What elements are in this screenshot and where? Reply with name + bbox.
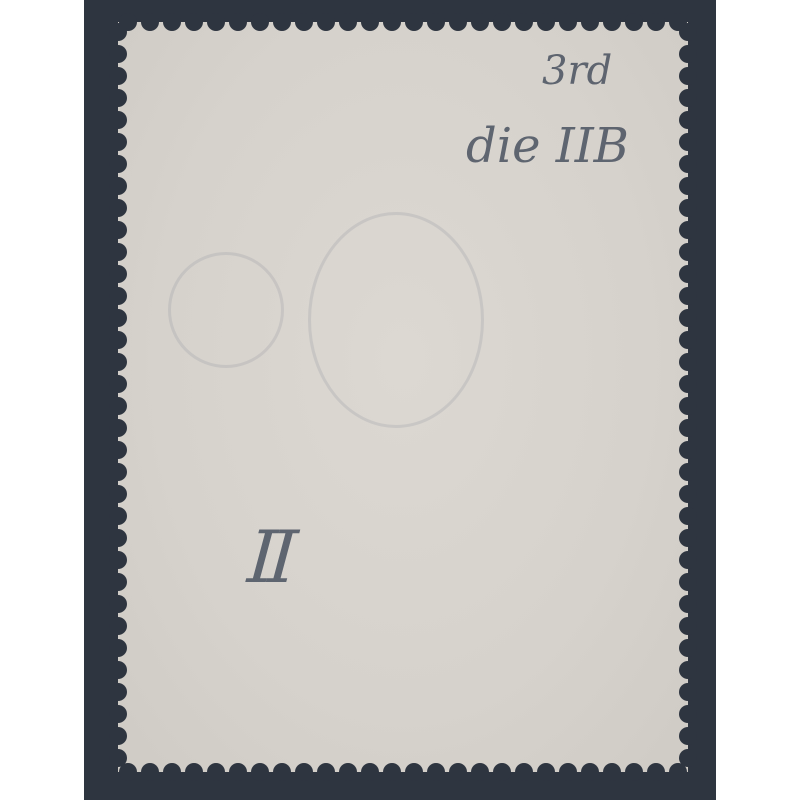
perforation-hole	[679, 23, 697, 41]
perforation-hole	[109, 485, 127, 503]
perforation-hole	[537, 763, 555, 781]
perforation-hole	[109, 133, 127, 151]
perforation-hole	[679, 331, 697, 349]
perforation-hole	[679, 419, 697, 437]
perforation-hole	[109, 529, 127, 547]
perforation-hole	[273, 13, 291, 31]
perforation-hole	[679, 309, 697, 327]
pencil-grade-note: 3rd	[542, 48, 612, 94]
perforation-hole	[679, 727, 697, 745]
perforation-hole	[109, 155, 127, 173]
perforation-hole	[141, 13, 159, 31]
perforation-hole	[207, 763, 225, 781]
perforation-hole	[625, 13, 643, 31]
perforation-hole	[109, 199, 127, 217]
perforation-hole	[581, 763, 599, 781]
perforation-hole	[251, 13, 269, 31]
perforation-hole	[679, 199, 697, 217]
perforation-hole	[109, 221, 127, 239]
perforation-hole	[109, 243, 127, 261]
perforation-hole	[603, 13, 621, 31]
perforation-hole	[109, 661, 127, 679]
perforation-hole	[109, 749, 127, 767]
perforation-hole	[405, 763, 423, 781]
show-through-oval	[308, 212, 484, 428]
perforation-hole	[109, 375, 127, 393]
perforation-hole	[109, 89, 127, 107]
show-through-mark	[168, 252, 284, 368]
perforation-hole	[679, 265, 697, 283]
perforation-hole	[317, 13, 335, 31]
perforation-hole	[679, 45, 697, 63]
perforation-hole	[109, 111, 127, 129]
perforation-hole	[679, 507, 697, 525]
perforation-hole	[185, 763, 203, 781]
perforation-hole	[109, 551, 127, 569]
perforation-hole	[405, 13, 423, 31]
perforation-hole	[251, 763, 269, 781]
perforation-hole	[109, 265, 127, 283]
perforation-hole	[361, 13, 379, 31]
perforation-hole	[317, 763, 335, 781]
perforation-hole	[603, 763, 621, 781]
perforation-hole	[679, 463, 697, 481]
perforation-hole	[109, 639, 127, 657]
perforation-hole	[109, 67, 127, 85]
perforation-hole	[679, 221, 697, 239]
perforation-hole	[109, 397, 127, 415]
perforation-hole	[559, 13, 577, 31]
perforation-hole	[493, 763, 511, 781]
perforation-hole	[679, 595, 697, 613]
perforation-hole	[679, 287, 697, 305]
perforation-hole	[679, 617, 697, 635]
perforation-hole	[109, 617, 127, 635]
perforation-hole	[383, 13, 401, 31]
perforation-hole	[449, 13, 467, 31]
perforation-hole	[471, 13, 489, 31]
perforation-hole	[537, 13, 555, 31]
perforation-hole	[679, 485, 697, 503]
perforation-hole	[273, 763, 291, 781]
perforation-hole	[471, 763, 489, 781]
perforation-hole	[229, 763, 247, 781]
perforation-hole	[679, 155, 697, 173]
perforation-hole	[295, 763, 313, 781]
perforation-hole	[109, 23, 127, 41]
perforation-hole	[383, 763, 401, 781]
perforation-hole	[109, 419, 127, 437]
perforation-hole	[109, 683, 127, 701]
perforation-hole	[581, 13, 599, 31]
perforation-hole	[679, 441, 697, 459]
perforation-hole	[679, 177, 697, 195]
perforation-hole	[679, 639, 697, 657]
perforation-hole	[679, 397, 697, 415]
perforation-hole	[339, 763, 357, 781]
perforation-hole	[679, 243, 697, 261]
perforation-hole	[515, 13, 533, 31]
perforation-hole	[679, 551, 697, 569]
perforation-hole	[647, 763, 665, 781]
perforation-hole	[109, 45, 127, 63]
perforation-hole	[559, 763, 577, 781]
perforation-hole	[427, 763, 445, 781]
perforation-hole	[109, 595, 127, 613]
perforation-hole	[679, 133, 697, 151]
perforation-hole	[679, 749, 697, 767]
perforation-hole	[647, 13, 665, 31]
perforation-hole	[679, 375, 697, 393]
perforation-hole	[207, 13, 225, 31]
perforation-hole	[679, 67, 697, 85]
perforation-hole	[229, 13, 247, 31]
perforation-hole	[679, 89, 697, 107]
pencil-die-note: die IIB	[466, 118, 629, 174]
perforation-hole	[109, 331, 127, 349]
perforation-hole	[679, 111, 697, 129]
perforation-hole	[679, 529, 697, 547]
perforation-hole	[493, 13, 511, 31]
perforation-hole	[449, 763, 467, 781]
perforation-hole	[109, 573, 127, 591]
perforation-hole	[679, 661, 697, 679]
perforation-hole	[295, 13, 313, 31]
perforation-hole	[109, 353, 127, 371]
perforation-hole	[427, 13, 445, 31]
perforation-hole	[163, 763, 181, 781]
perforation-hole	[109, 727, 127, 745]
perforation-hole	[679, 353, 697, 371]
perforation-hole	[109, 441, 127, 459]
perforation-hole	[679, 683, 697, 701]
perforation-hole	[141, 763, 159, 781]
perforation-hole	[679, 705, 697, 723]
perforation-hole	[109, 463, 127, 481]
perforation-hole	[185, 13, 203, 31]
perforation-hole	[625, 763, 643, 781]
perforation-hole	[163, 13, 181, 31]
perforation-hole	[679, 573, 697, 591]
perforation-hole	[109, 309, 127, 327]
perforation-hole	[109, 177, 127, 195]
perforation-hole	[361, 763, 379, 781]
perforation-hole	[339, 13, 357, 31]
perforation-hole	[109, 507, 127, 525]
perforation-hole	[515, 763, 533, 781]
perforation-hole	[109, 287, 127, 305]
perforation-hole	[109, 705, 127, 723]
